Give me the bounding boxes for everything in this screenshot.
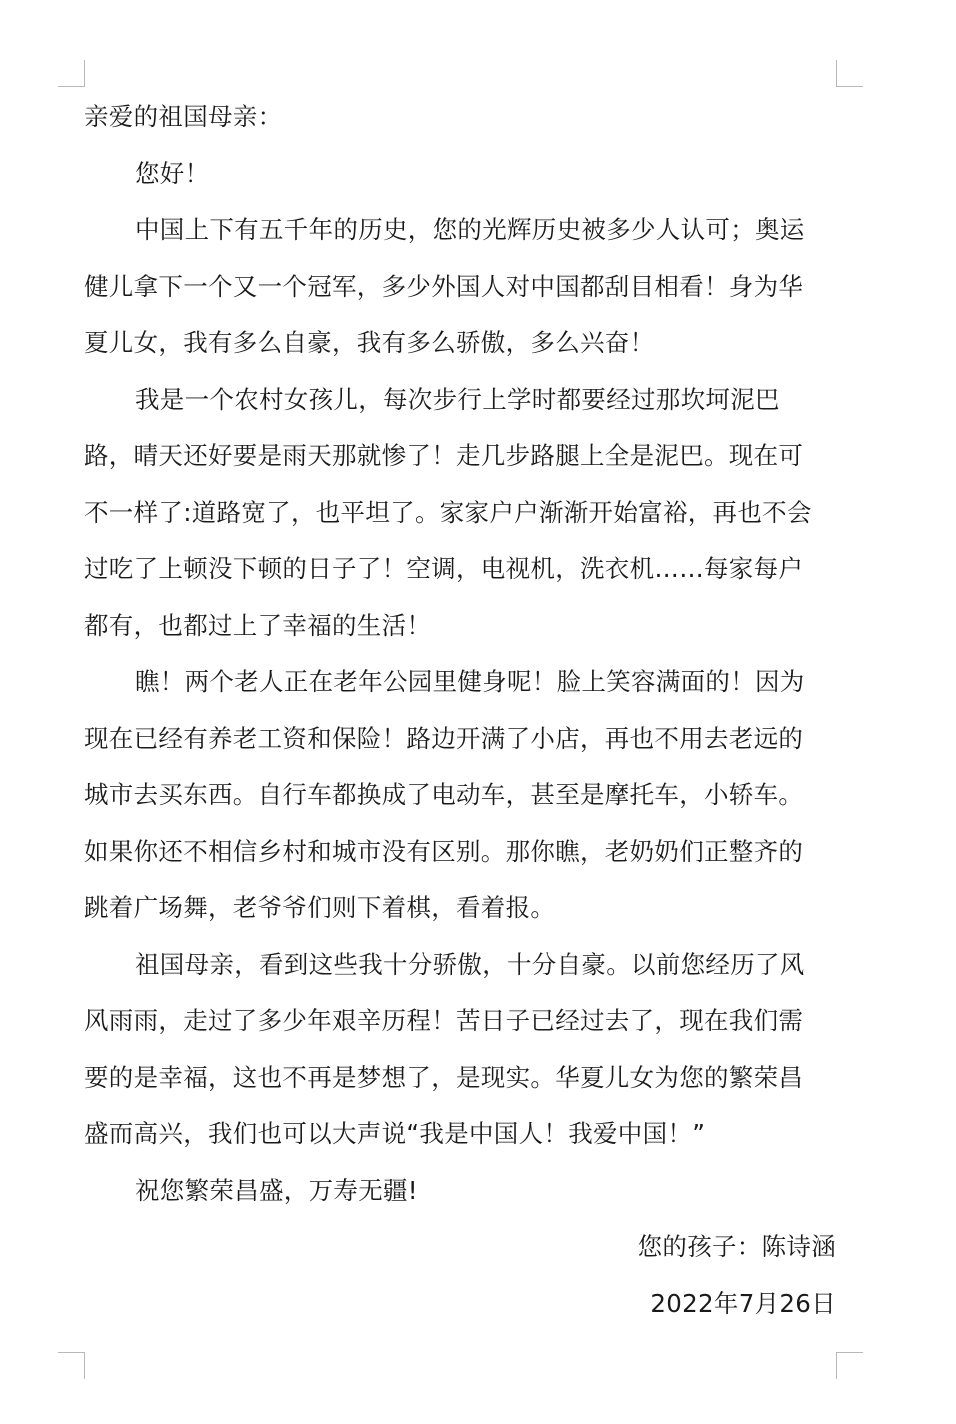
paragraph-line: 现在已经有养老工资和保险！路边开满了小店，再也不用去老远的 <box>84 710 836 767</box>
paragraph-line: 祖国母亲，看到这些我十分骄傲，十分自豪。以前您经历了风 <box>84 936 836 993</box>
paragraph-line: 我是一个农村女孩儿，每次步行上学时都要经过那坎坷泥巴 <box>84 371 836 428</box>
date: 2022年7月26日 <box>84 1275 836 1332</box>
paragraph-line: 路，晴天还好要是雨天那就惨了！走几步路腿上全是泥巴。现在可 <box>84 427 836 484</box>
paragraph-line: 城市去买东西。自行车都换成了电动车，甚至是摩托车，小轿车。 <box>84 766 836 823</box>
margin-corner-mark-top-left <box>58 60 85 87</box>
paragraph-line: 风雨雨，走过了多少年艰辛历程！苦日子已经过去了，现在我们需 <box>84 992 836 1049</box>
salutation: 亲爱的祖国母亲： <box>84 88 836 145</box>
paragraph-line: 如果你还不相信乡村和城市没有区别。那你瞧，老奶奶们正整齐的 <box>84 823 836 880</box>
closing-wish: 祝您繁荣昌盛，万寿无疆! <box>84 1162 836 1219</box>
paragraph-line: 健儿拿下一个又一个冠军，多少外国人对中国都刮目相看！身为华 <box>84 258 836 315</box>
paragraph-line: 要的是幸福，这也不再是梦想了，是现实。华夏儿女为您的繁荣昌 <box>84 1049 836 1106</box>
margin-corner-mark-bottom-left <box>58 1352 85 1379</box>
paragraph-line: 夏儿女，我有多么自豪，我有多么骄傲，多么兴奋！ <box>84 314 836 371</box>
paragraph-line: 过吃了上顿没下顿的日子了！空调，电视机，洗衣机……每家每户 <box>84 540 836 597</box>
document-page: 亲爱的祖国母亲： 您好！ 中国上下有五千年的历史，您的光辉历史被多少人认可；奥运… <box>0 0 956 1424</box>
signature: 您的孩子：陈诗涵 <box>84 1218 836 1275</box>
paragraph-line: 跳着广场舞，老爷爷们则下着棋，看着报。 <box>84 879 836 936</box>
paragraph-line: 瞧！两个老人正在老年公园里健身呢！脸上笑容满面的！因为 <box>84 653 836 710</box>
paragraph-line: 不一样了:道路宽了，也平坦了。家家户户渐渐开始富裕，再也不会 <box>84 484 836 541</box>
paragraph-line: 都有，也都过上了幸福的生活！ <box>84 597 836 654</box>
paragraph-line: 中国上下有五千年的历史，您的光辉历史被多少人认可；奥运 <box>84 201 836 258</box>
greeting: 您好！ <box>84 145 836 202</box>
margin-corner-mark-bottom-right <box>836 1352 863 1379</box>
margin-corner-mark-top-right <box>836 60 863 87</box>
paragraph-line: 盛而高兴，我们也可以大声说“我是中国人！我爱中国！” <box>84 1105 836 1162</box>
